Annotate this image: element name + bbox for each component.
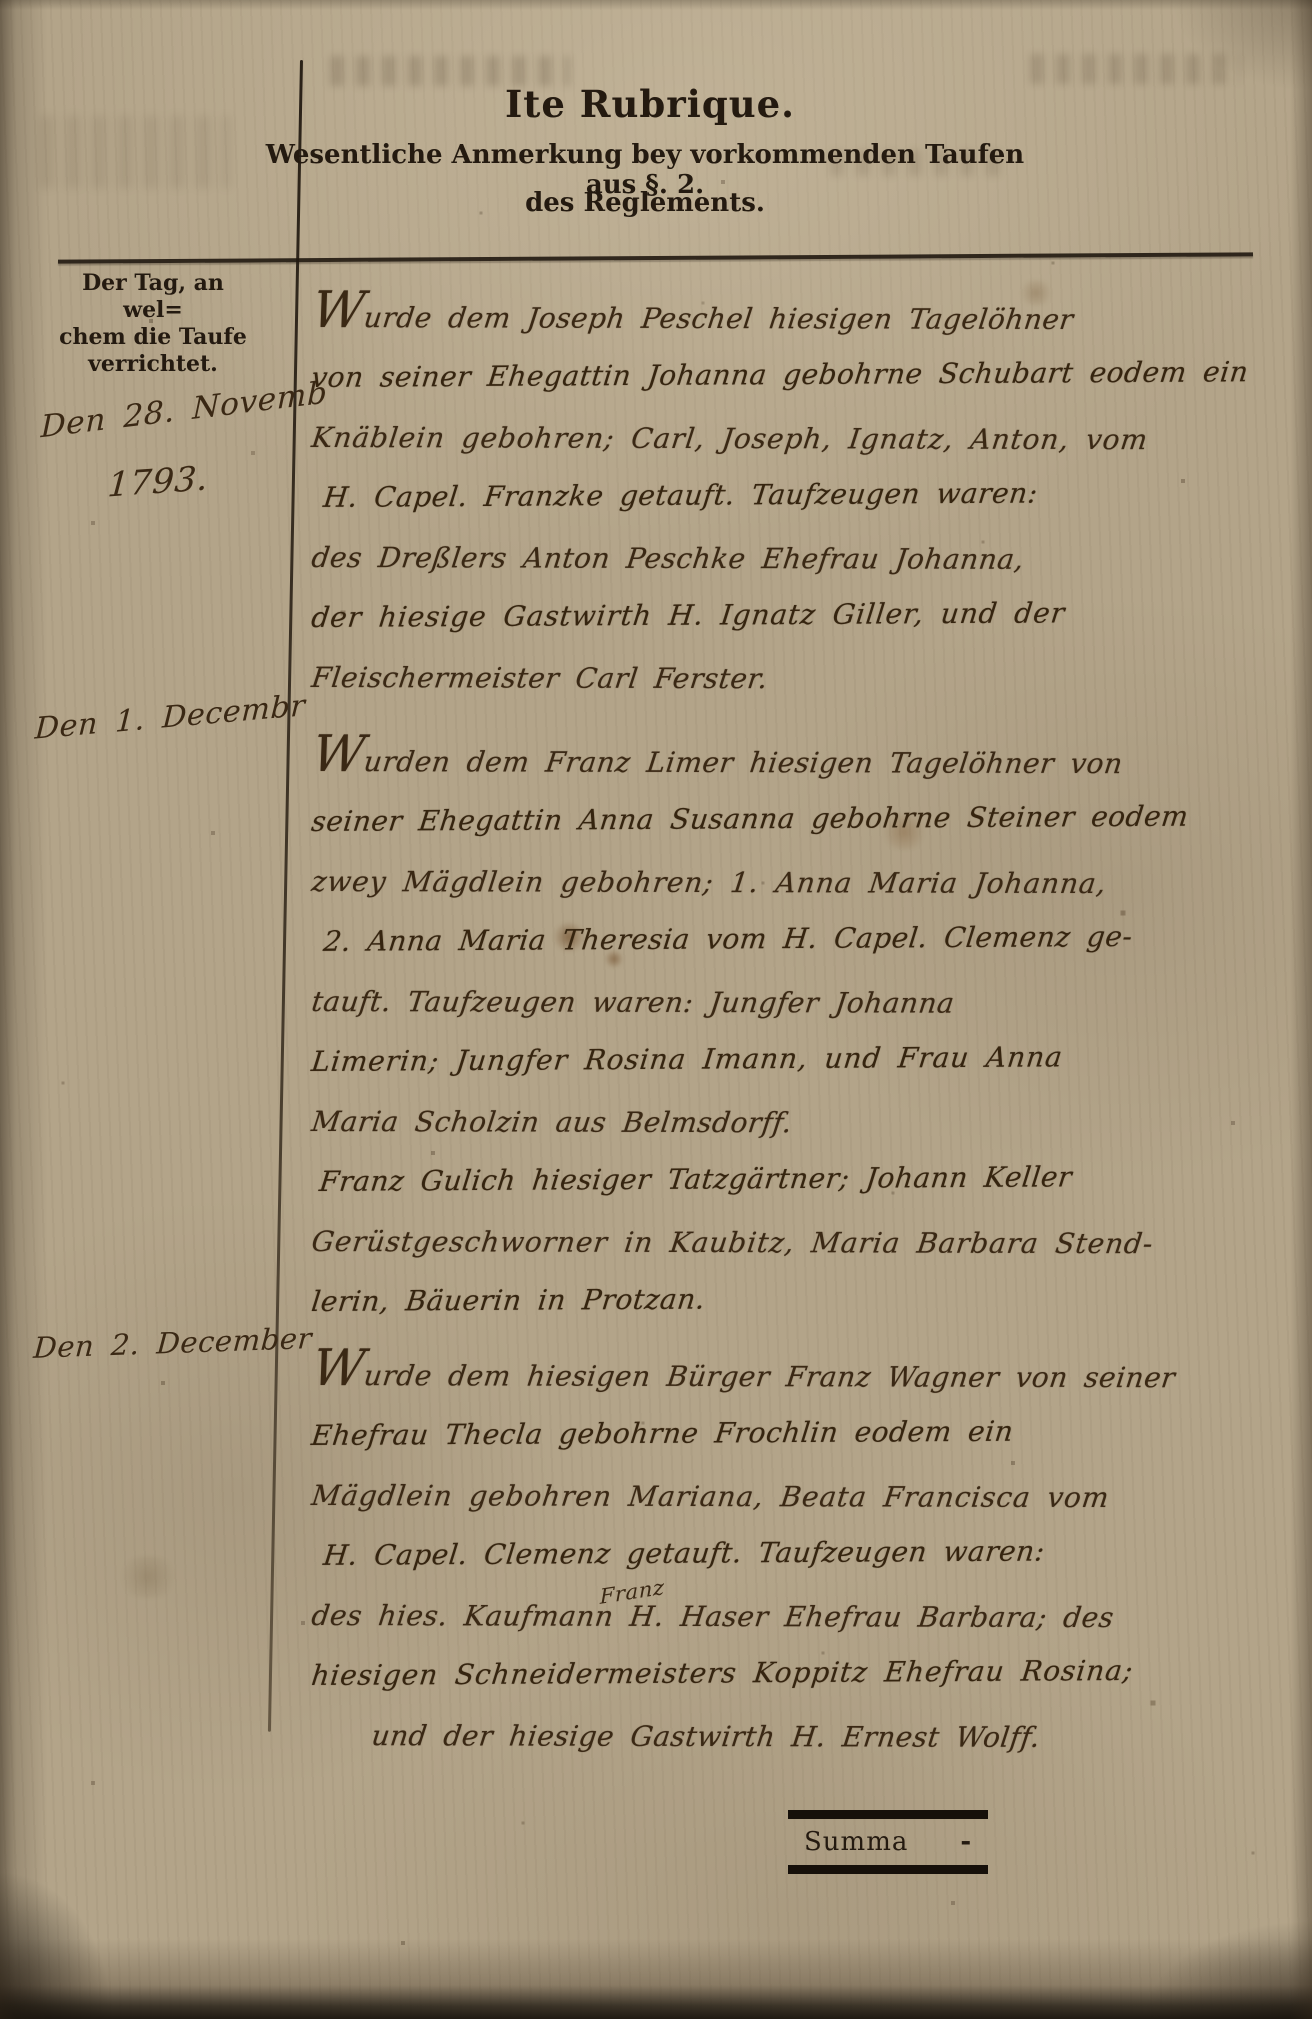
register-line: des Dreßlers Anton Peschke Ehefrau Johan… bbox=[308, 528, 1283, 591]
register-line: Knäblein gebohren; Carl, Joseph, Ignatz,… bbox=[308, 408, 1283, 471]
header-rule-line bbox=[58, 252, 1253, 263]
column-divider-line bbox=[268, 60, 303, 1732]
register-line: hiesigen Schneidermeisters Koppitz Ehefr… bbox=[308, 1640, 1284, 1706]
register-entry: Wurden dem Franz Limer hiesigen Tagelöhn… bbox=[308, 732, 1276, 1332]
rubric-title: Ite Rubrique. bbox=[300, 82, 1000, 126]
entry-date-year: 1793. bbox=[106, 459, 209, 506]
register-line: Wurde dem hiesigen Bürger Franz Wagner v… bbox=[308, 1346, 1283, 1409]
entry-date: Den 1. Decembr bbox=[34, 688, 306, 746]
date-column-header-line: chem die Taufe bbox=[58, 324, 248, 351]
register-line: Limerin; Jungfer Rosina Imann, und Frau … bbox=[308, 1026, 1284, 1092]
register-line: Ehefrau Thecla gebohrne Frochlin eodem e… bbox=[308, 1400, 1284, 1466]
register-entry: Wurde dem hiesigen Bürger Franz Wagner v… bbox=[308, 1346, 1276, 1766]
register-line: lerin, Bäuerin in Protzan. bbox=[308, 1266, 1284, 1332]
register-line: Franz Gulich hiesiger Tatzgärtner; Johan… bbox=[308, 1146, 1284, 1212]
entry-date: Den 28. Novemb bbox=[40, 375, 327, 445]
register-line: tauft. Taufzeugen waren: Jungfer Johanna bbox=[308, 972, 1283, 1035]
register-line: H. Capel. Clemenz getauft. Taufzeugen wa… bbox=[308, 1520, 1284, 1586]
register-line: und der hiesige Gastwirth H. Ernest Wolf… bbox=[308, 1706, 1283, 1769]
summa-row: Summa - bbox=[788, 1810, 988, 1874]
date-column-header: Der Tag, an wel= chem die Taufe verricht… bbox=[58, 270, 248, 378]
bleedthrough-mark bbox=[40, 116, 230, 188]
register-line: Wurden dem Franz Limer hiesigen Tagelöhn… bbox=[308, 732, 1283, 795]
bleedthrough-mark bbox=[1030, 54, 1240, 84]
register-line: der hiesige Gastwirth H. Ignatz Giller, … bbox=[308, 582, 1284, 648]
register-line: 2. Anna Maria Theresia vom H. Capel. Cle… bbox=[308, 906, 1284, 972]
paper-speckles bbox=[0, 0, 2, 2]
register-line: Wurde dem Joseph Peschel hiesigen Tagelö… bbox=[308, 288, 1283, 351]
register-line: Mägdlein gebohren Mariana, Beata Francis… bbox=[308, 1466, 1283, 1529]
date-column-header-line: Der Tag, an wel= bbox=[58, 270, 248, 324]
ink-stain bbox=[116, 1556, 180, 1598]
register-line: Maria Scholzin aus Belmsdorff. bbox=[308, 1092, 1283, 1155]
summa-label: Summa bbox=[804, 1827, 908, 1857]
register-line: zwey Mägdlein gebohren; 1. Anna Maria Jo… bbox=[308, 852, 1283, 915]
register-entry: Wurde dem Joseph Peschel hiesigen Tagelö… bbox=[308, 288, 1276, 708]
baptism-register-page: Ite Rubrique. Wesentliche Anmerkung bey … bbox=[0, 0, 1312, 2019]
register-line: des hies. Kaufmann H. Haser Ehefrau Barb… bbox=[308, 1586, 1283, 1649]
register-line: H. Capel. Franzke getauft. Taufzeugen wa… bbox=[308, 462, 1284, 528]
register-line: Fleischermeister Carl Ferster. bbox=[308, 648, 1283, 711]
date-column-header-line: verrichtet. bbox=[58, 351, 248, 378]
rubric-subtitle-line2: des Reglements. bbox=[255, 188, 1035, 218]
summa-value: - bbox=[960, 1827, 971, 1857]
entry-date: Den 2. December bbox=[32, 1321, 313, 1365]
register-line: von seiner Ehegattin Johanna gebohrne Sc… bbox=[308, 342, 1284, 408]
register-line: Gerüstgeschworner in Kaubitz, Maria Barb… bbox=[308, 1212, 1283, 1275]
register-line: seiner Ehegattin Anna Susanna gebohrne S… bbox=[308, 786, 1284, 852]
